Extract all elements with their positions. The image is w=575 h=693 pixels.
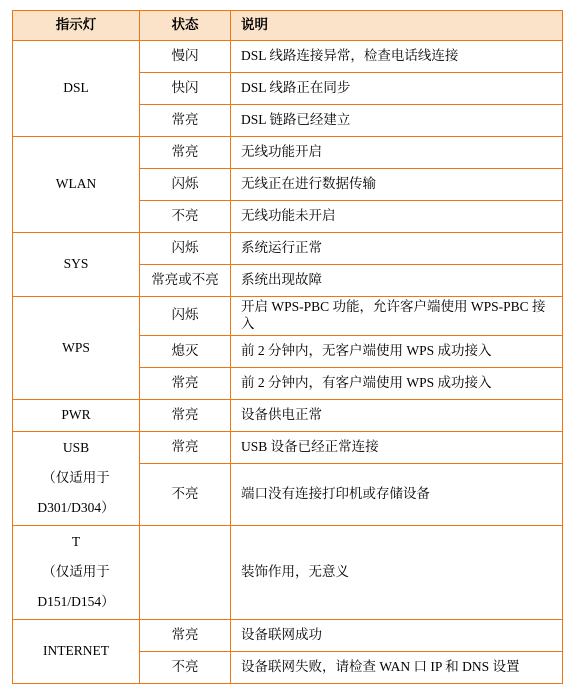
table-row: DSL 慢闪 DSL 线路连接异常，检查电话线连接 bbox=[13, 41, 563, 73]
table-row: PWR 常亮 设备供电正常 bbox=[13, 399, 563, 431]
indicator-note: D301/D304） bbox=[13, 493, 139, 523]
table-header-row: 指示灯 状态 说明 bbox=[13, 11, 563, 41]
status-cell: 熄灭 bbox=[140, 335, 231, 367]
table-row: USB （仅适用于 D301/D304） 常亮 USB 设备已经正常连接 bbox=[13, 431, 563, 463]
indicator-label: INTERNET bbox=[13, 636, 139, 666]
table-row: WLAN 常亮 无线功能开启 bbox=[13, 137, 563, 169]
desc-cell: 系统出现故障 bbox=[231, 265, 563, 297]
indicator-cell-usb: USB （仅适用于 D301/D304） bbox=[13, 431, 140, 525]
desc-cell: 前 2 分钟内，有客户端使用 WPS 成功接入 bbox=[231, 367, 563, 399]
desc-cell: 前 2 分钟内，无客户端使用 WPS 成功接入 bbox=[231, 335, 563, 367]
table-row: INTERNET 常亮 设备联网成功 bbox=[13, 619, 563, 651]
table-row: T （仅适用于 D151/D154） 装饰作用，无意义 bbox=[13, 525, 563, 619]
header-indicator: 指示灯 bbox=[13, 11, 140, 41]
desc-cell: 开启 WPS-PBC 功能，允许客户端使用 WPS-PBC 接入 bbox=[231, 297, 563, 336]
table-row: SYS 闪烁 系统运行正常 bbox=[13, 233, 563, 265]
status-cell-empty bbox=[140, 525, 231, 619]
desc-cell: 无线功能开启 bbox=[231, 137, 563, 169]
indicator-label: T bbox=[13, 527, 139, 557]
indicator-label: USB bbox=[13, 433, 139, 463]
status-cell: 不亮 bbox=[140, 463, 231, 525]
desc-cell: 设备联网失败，请检查 WAN 口 IP 和 DNS 设置 bbox=[231, 651, 563, 683]
indicator-label: DSL bbox=[13, 73, 139, 103]
desc-cell: 无线正在进行数据传输 bbox=[231, 169, 563, 201]
header-status: 状态 bbox=[140, 11, 231, 41]
status-cell: 快闪 bbox=[140, 73, 231, 105]
status-cell: 常亮或不亮 bbox=[140, 265, 231, 297]
status-cell: 慢闪 bbox=[140, 41, 231, 73]
indicator-label: SYS bbox=[13, 249, 139, 279]
desc-cell: 系统运行正常 bbox=[231, 233, 563, 265]
desc-cell: DSL 线路正在同步 bbox=[231, 73, 563, 105]
table-row: WPS 闪烁 开启 WPS-PBC 功能，允许客户端使用 WPS-PBC 接入 bbox=[13, 297, 563, 336]
indicator-cell-sys: SYS bbox=[13, 233, 140, 297]
status-cell: 闪烁 bbox=[140, 169, 231, 201]
indicator-cell-wlan: WLAN bbox=[13, 137, 140, 233]
status-cell: 常亮 bbox=[140, 105, 231, 137]
desc-cell: 装饰作用，无意义 bbox=[231, 525, 563, 619]
indicator-note: （仅适用于 bbox=[13, 557, 139, 587]
indicator-note: D151/D154） bbox=[13, 587, 139, 617]
indicator-cell-pwr: PWR bbox=[13, 399, 140, 431]
status-cell: 常亮 bbox=[140, 367, 231, 399]
desc-cell: 端口没有连接打印机或存储设备 bbox=[231, 463, 563, 525]
status-cell: 闪烁 bbox=[140, 297, 231, 336]
status-cell: 常亮 bbox=[140, 431, 231, 463]
desc-cell: USB 设备已经正常连接 bbox=[231, 431, 563, 463]
indicator-status-table: 指示灯 状态 说明 DSL 慢闪 DSL 线路连接异常，检查电话线连接 快闪 D… bbox=[12, 10, 563, 684]
indicator-label: WPS bbox=[13, 333, 139, 363]
status-cell: 不亮 bbox=[140, 651, 231, 683]
header-description: 说明 bbox=[231, 11, 563, 41]
indicator-cell-t: T （仅适用于 D151/D154） bbox=[13, 525, 140, 619]
status-cell: 常亮 bbox=[140, 619, 231, 651]
desc-cell: DSL 线路连接异常，检查电话线连接 bbox=[231, 41, 563, 73]
indicator-label: PWR bbox=[13, 400, 139, 430]
indicator-cell-internet: INTERNET bbox=[13, 619, 140, 683]
status-cell: 闪烁 bbox=[140, 233, 231, 265]
desc-cell: 设备供电正常 bbox=[231, 399, 563, 431]
indicator-note: （仅适用于 bbox=[13, 463, 139, 493]
status-cell: 常亮 bbox=[140, 399, 231, 431]
status-cell: 不亮 bbox=[140, 201, 231, 233]
status-cell: 常亮 bbox=[140, 137, 231, 169]
indicator-label: WLAN bbox=[13, 169, 139, 199]
indicator-cell-wps: WPS bbox=[13, 297, 140, 400]
desc-cell: DSL 链路已经建立 bbox=[231, 105, 563, 137]
indicator-cell-dsl: DSL bbox=[13, 41, 140, 137]
desc-cell: 无线功能未开启 bbox=[231, 201, 563, 233]
desc-cell: 设备联网成功 bbox=[231, 619, 563, 651]
